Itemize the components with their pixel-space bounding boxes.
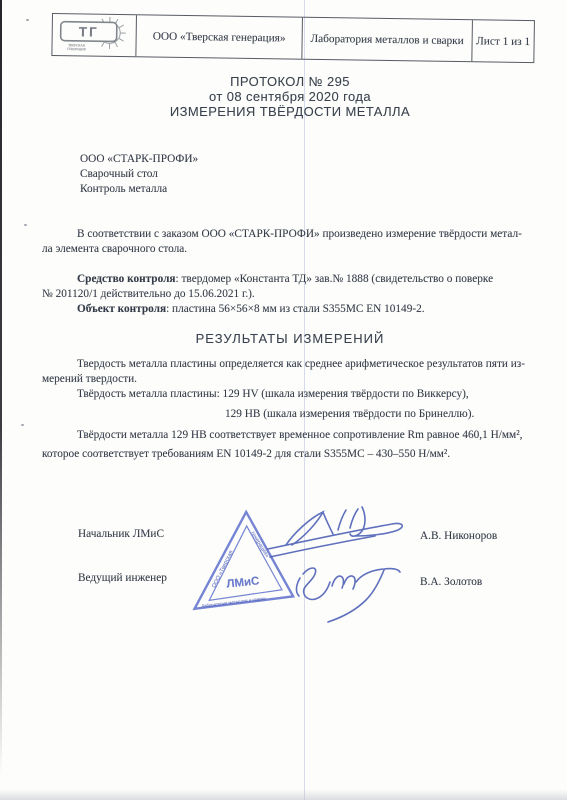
intro-line: В соответствии с заказом ООО «СТАРК-ПРОФ…	[42, 227, 542, 242]
signature-name-1: А.В. Никоноров	[420, 529, 497, 544]
header-table: ТГ ТВЕРСКАЯ ГЕНЕРАЦИЯ ООО «Тверская гене…	[51, 13, 535, 63]
customer-company: ООО «СТАРК-ПРОФИ»	[80, 152, 198, 167]
logo-cell: ТГ ТВЕРСКАЯ ГЕНЕРАЦИЯ	[52, 14, 136, 56]
control-object-line: Объект контроля: пластина 56×56×8 мм из …	[42, 302, 542, 317]
company-name-cell: ООО «Тверская генерация»	[135, 15, 302, 58]
means-text: : твердомер «Константа ТД» зав.№ 1888 (с…	[176, 273, 494, 285]
department-name: Лаборатория металлов и сварки	[310, 32, 463, 46]
results-paragraph-1: Твердость металла пластины определяется …	[42, 357, 542, 387]
stamp-center-text: ЛМиС	[226, 575, 260, 590]
signature-position-2: Ведущий инженер	[78, 571, 167, 586]
scan-speck	[21, 424, 24, 426]
object-text: : пластина 56×56×8 мм из стали S355MC EN…	[166, 303, 425, 315]
document-page: ТГ ТВЕРСКАЯ ГЕНЕРАЦИЯ ООО «Тверская гене…	[0, 0, 567, 800]
customer-block: ООО «СТАРК-ПРОФИ» Сварочный стол Контрол…	[80, 152, 198, 197]
hv-value: Твёрдость металла пластины: 129 HV (шкал…	[42, 387, 542, 402]
signature-ink-2	[283, 550, 415, 632]
tensile-line: которое соответствует требованиям EN 101…	[42, 445, 542, 464]
scan-left-edge	[0, 0, 2, 775]
control-means-line2: № 201120/1 действительно до 15.06.2021 г…	[42, 287, 542, 302]
scan-speck	[24, 224, 27, 226]
sheet-number: Лист 1 из 1	[476, 35, 530, 48]
intro-line: ла элемента сварочного стола.	[42, 242, 542, 257]
scan-speck	[26, 19, 29, 21]
logo-subtext: ГЕНЕРАЦИЯ	[67, 47, 86, 51]
control-block: Средство контроля: твердомер «Константа …	[42, 272, 542, 317]
logo-initials: ТГ	[78, 24, 98, 39]
results-paragraph-2: Твёрдости металла 129 HB соответствует в…	[42, 426, 542, 464]
company-logo: ТГ ТВЕРСКАЯ ГЕНЕРАЦИЯ	[54, 15, 135, 55]
object-label: Объект контроля	[77, 303, 166, 315]
results-line: мерений твердости.	[42, 372, 542, 387]
customer-work: Контроль металла	[80, 182, 198, 197]
protocol-subject: ИЗМЕРЕНИЯ ТВЁРДОСТИ МЕТАЛЛА	[40, 104, 540, 119]
hardness-hb-line: 129 HB (шкала измерения твёрдости по Бри…	[225, 407, 474, 422]
protocol-number: ПРОТОКОЛ № 295	[40, 74, 540, 89]
tensile-line: Твёрдости металла 129 HB соответствует в…	[42, 426, 542, 445]
department-cell: Лаборатория металлов и сварки	[301, 18, 472, 62]
signature-position-1: Начальник ЛМиС	[78, 527, 164, 542]
control-means-line: Средство контроля: твердомер «Константа …	[42, 272, 542, 287]
hb-value: 129 HB (шкала измерения твёрдости по Бри…	[225, 407, 474, 422]
sheet-number-cell: Лист 1 из 1	[471, 20, 534, 62]
protocol-title-block: ПРОТОКОЛ № 295 от 08 сентября 2020 года …	[40, 74, 540, 119]
results-line: Твердость металла пластины определяется …	[42, 357, 542, 372]
company-name: ООО «Тверская генерация»	[153, 30, 286, 44]
customer-object: Сварочный стол	[80, 167, 198, 182]
hardness-hv-line: Твёрдость металла пластины: 129 HV (шкал…	[42, 387, 542, 402]
protocol-date: от 08 сентября 2020 года	[40, 89, 540, 104]
scan-bottom-smudge	[0, 789, 567, 800]
intro-paragraph: В соответствии с заказом ООО «СТАРК-ПРОФ…	[42, 227, 542, 257]
means-label: Средство контроля	[77, 273, 176, 285]
signature-name-2: В.А. Золотов	[420, 575, 482, 590]
results-heading: РЕЗУЛЬТАТЫ ИЗМЕРЕНИЙ	[40, 331, 540, 347]
